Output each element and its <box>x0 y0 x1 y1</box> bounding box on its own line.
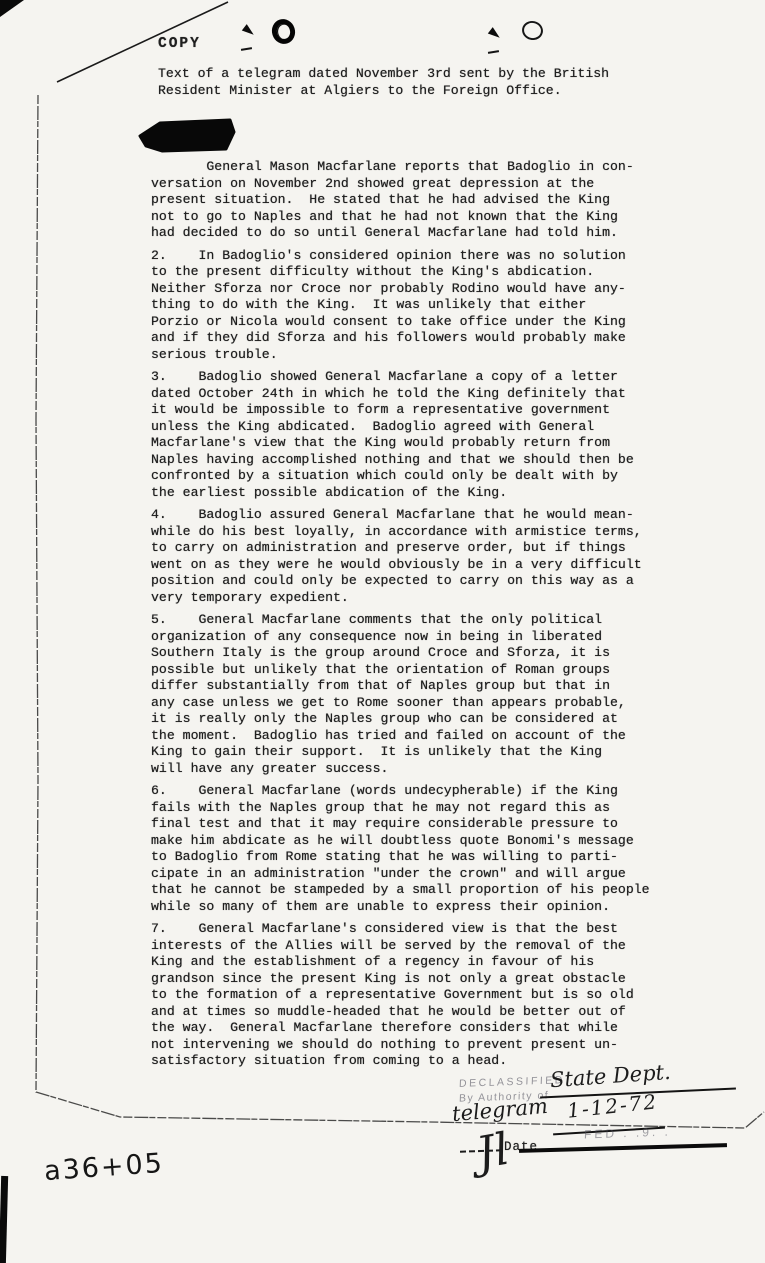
telegram-paragraph: 6. General Macfarlane (words undecyphera… <box>151 783 650 915</box>
typed-line: and at times so muddle-headed that he wo… <box>151 1004 650 1021</box>
typed-line: make him abdicate as he will doubtless q… <box>151 833 650 850</box>
typed-line: it is really only the Naples group who c… <box>151 711 650 728</box>
typed-line: confronted by a situation which could on… <box>151 468 650 485</box>
typed-line: to the present difficulty without the Ki… <box>151 264 650 281</box>
typed-line: to Badoglio from Rome stating that he wa… <box>151 849 650 866</box>
typed-line: organization of any consequence now in b… <box>151 629 650 646</box>
hole-punch-icon <box>520 19 544 42</box>
typed-line: interests of the Allies will be served b… <box>151 938 650 955</box>
typed-line: King to gain their support. It is unlike… <box>151 744 650 761</box>
redaction-mark <box>140 120 234 151</box>
typed-line: the way. General Macfarlane therefore co… <box>151 1020 650 1037</box>
typed-line: differ substantially from that of Naples… <box>151 678 650 695</box>
typed-line: very temporary expedient. <box>151 590 650 607</box>
typed-line: 4. Badoglio assured General Macfarlane t… <box>151 507 650 524</box>
telegram-paragraph: 4. Badoglio assured General Macfarlane t… <box>151 507 650 606</box>
typed-line: not to go to Naples and that he had not … <box>151 209 650 226</box>
typed-line: possible but unlikely that the orientati… <box>151 662 650 679</box>
typed-line: will have any greater success. <box>151 761 650 778</box>
typed-line: grandson since the present King is not o… <box>151 971 650 988</box>
scanned-telegram-page: COPY Text of a telegram dated November 3… <box>0 0 765 1263</box>
typed-line: not intervening we should do nothing to … <box>151 1037 650 1054</box>
typed-line: General Mason Macfarlane reports that Ba… <box>151 159 650 176</box>
typed-line: cipate in an administration "under the c… <box>151 866 650 883</box>
typed-line: 6. General Macfarlane (words undecyphera… <box>151 783 650 800</box>
typed-line: position and could only be expected to c… <box>151 573 650 590</box>
telegram-paragraph: 3. Badoglio showed General Macfarlane a … <box>151 369 650 501</box>
typed-line: serious trouble. <box>151 347 650 364</box>
telegram-paragraph: 5. General Macfarlane comments that the … <box>151 612 650 777</box>
handwritten-reference-code: a36+05 <box>43 1148 165 1187</box>
typed-line: unless the King abdicated. Badoglio agre… <box>151 419 650 436</box>
typed-line: 3. Badoglio showed General Macfarlane a … <box>151 369 650 386</box>
typed-line: Neither Sforza nor Croce nor probably Ro… <box>151 281 650 298</box>
typed-line: King and the establishment of a regency … <box>151 954 650 971</box>
typed-line: while so many of them are unable to expr… <box>151 899 650 916</box>
document-body: General Mason Macfarlane reports that Ba… <box>151 159 650 1076</box>
pen-tick-mark <box>241 47 252 51</box>
arrow-mark-icon <box>488 27 502 41</box>
typed-line: Naples having accomplished nothing and t… <box>151 452 650 469</box>
document-header: Text of a telegram dated November 3rd se… <box>158 66 609 99</box>
received-date-stamp: FED . .9. . <box>584 1124 671 1141</box>
date-fill-line <box>519 1143 727 1152</box>
typed-line: thing to do with the King. It was unlike… <box>151 297 650 314</box>
typed-line: had decided to do so until General Macfa… <box>151 225 650 242</box>
typed-line: to carry on administration and preserve … <box>151 540 650 557</box>
scan-edge-bar <box>0 1176 8 1263</box>
typed-line: and if they did Sforza and his followers… <box>151 330 650 347</box>
typed-line: it would be impossible to form a represe… <box>151 402 650 419</box>
typed-line: Macfarlane's view that the King would pr… <box>151 435 650 452</box>
typed-line: 7. General Macfarlane's considered view … <box>151 921 650 938</box>
typed-line: any case unless we get to Rome sooner th… <box>151 695 650 712</box>
telegram-paragraph: 2. In Badoglio's considered opinion ther… <box>151 248 650 364</box>
typed-line: final test and that it may require consi… <box>151 816 650 833</box>
typed-line: versation on November 2nd showed great d… <box>151 176 650 193</box>
corner-wedge-mark <box>0 0 24 17</box>
copy-label: COPY <box>158 36 201 53</box>
typed-line: that he cannot be stampeded by a small p… <box>151 882 650 899</box>
typed-line: Resident Minister at Algiers to the Fore… <box>158 83 609 100</box>
typed-line: Porzio or Nicola would consent to take o… <box>151 314 650 331</box>
typed-line: went on as they were he would obviously … <box>151 557 650 574</box>
typed-line: 2. In Badoglio's considered opinion ther… <box>151 248 650 265</box>
typed-line: to the formation of a representative Gov… <box>151 987 650 1004</box>
typed-line: dated October 24th in which he told the … <box>151 386 650 403</box>
typed-line: 5. General Macfarlane comments that the … <box>151 612 650 629</box>
typed-line: Text of a telegram dated November 3rd se… <box>158 66 609 83</box>
typed-line: Southern Italy is the group around Croce… <box>151 645 650 662</box>
telegram-paragraph: 7. General Macfarlane's considered view … <box>151 921 650 1070</box>
typed-line: the moment. Badoglio has tried and faile… <box>151 728 650 745</box>
typed-line: fails with the Naples group that he may … <box>151 800 650 817</box>
typed-line: present situation. He stated that he had… <box>151 192 650 209</box>
date-label: Date <box>504 1139 538 1156</box>
pen-tick-mark <box>488 50 499 54</box>
typed-line: while do his best loyally, in accordance… <box>151 524 650 541</box>
telegram-paragraph: General Mason Macfarlane reports that Ba… <box>151 159 650 242</box>
arrow-mark-icon <box>242 24 256 38</box>
typed-line: the earliest possible abdication of the … <box>151 485 650 502</box>
hole-punch-icon <box>269 16 299 47</box>
